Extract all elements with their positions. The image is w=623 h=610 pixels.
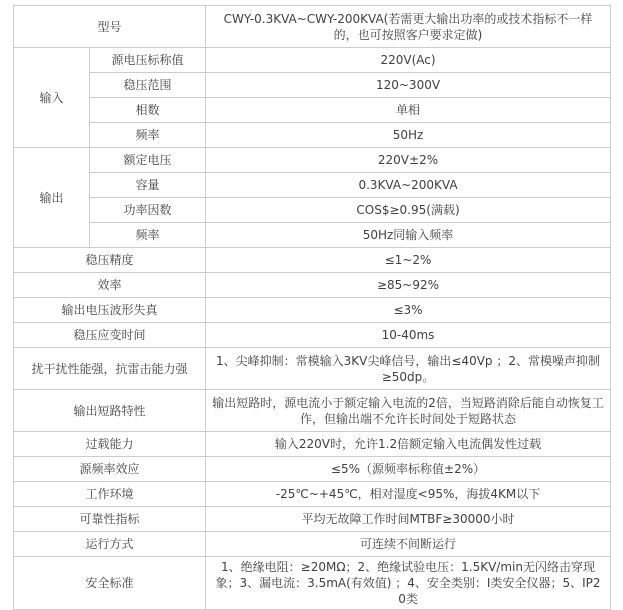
table-row: 安全标准 1、绝缘电阻：≥20MΩ；2、绝缘试验电压：1.5KV/min无闪络击… [14, 557, 611, 610]
row-label: 安全标准 [14, 557, 206, 610]
row-label: 运行方式 [14, 532, 206, 557]
row-label: 稳压范围 [90, 73, 206, 98]
row-value: ≤3% [206, 298, 611, 323]
table-row: 输出 额定电压 220V±2% [14, 148, 611, 173]
table-row: 输出短路特性 输出短路时，源电流小于额定输入电流的2倍，当短路消除后能自动恢复工… [14, 390, 611, 432]
table-row: 效率 ≥85~92% [14, 273, 611, 298]
table-row: 容量 0.3KVA~200KVA [14, 173, 611, 198]
row-value: 120~300V [206, 73, 611, 98]
row-label: 频率 [90, 223, 206, 248]
row-label: 型号 [14, 6, 206, 48]
row-label: 额定电压 [90, 148, 206, 173]
table-row: 稳压精度 ≤1~2% [14, 248, 611, 273]
table-row: 输出电压波形失真 ≤3% [14, 298, 611, 323]
row-label: 源频率效应 [14, 457, 206, 482]
table-row: 频率 50Hz同输入频率 [14, 223, 611, 248]
table-row: 稳压应变时间 10-40ms [14, 323, 611, 348]
row-label: 频率 [90, 123, 206, 148]
row-value: 输出短路时，源电流小于额定输入电流的2倍，当短路消除后能自动恢复工作，但输出端不… [206, 390, 611, 432]
row-label: 功率因数 [90, 198, 206, 223]
table-row: 工作环境 -25℃~+45℃，相对湿度<95%，海拔4KM以下 [14, 482, 611, 507]
row-value: -25℃~+45℃，相对湿度<95%，海拔4KM以下 [206, 482, 611, 507]
row-value: 0.3KVA~200KVA [206, 173, 611, 198]
row-value: 50Hz同输入频率 [206, 223, 611, 248]
row-label: 扰干扰性能强，抗雷击能力强 [14, 348, 206, 390]
row-value: 220V±2% [206, 148, 611, 173]
row-value: 10-40ms [206, 323, 611, 348]
row-label: 输出短路特性 [14, 390, 206, 432]
row-label: 工作环境 [14, 482, 206, 507]
group-label-output: 输出 [14, 148, 90, 248]
row-value: 50Hz [206, 123, 611, 148]
row-value: ≤1~2% [206, 248, 611, 273]
table-row: 源频率效应 ≤5%（源频率标称值±2%） [14, 457, 611, 482]
row-label: 输出电压波形失真 [14, 298, 206, 323]
table-row: 频率 50Hz [14, 123, 611, 148]
row-value: 1、绝缘电阻：≥20MΩ；2、绝缘试验电压：1.5KV/min无闪络击穿现象；3… [206, 557, 611, 610]
row-value: COS$≥0.95(满载) [206, 198, 611, 223]
row-value: 1、尖峰抑制：常模输入3KV尖峰信号，输出≤40Vp ；2、常模噪声抑制≥50d… [206, 348, 611, 390]
table-row: 相数 单相 [14, 98, 611, 123]
table-row: 输入 源电压标称值 220V(Ac) [14, 48, 611, 73]
product-spec-table: 型号 CWY-0.3KVA~CWY-200KVA(若需更大输出功率的或技术指标不… [13, 5, 611, 610]
row-label: 稳压精度 [14, 248, 206, 273]
row-label: 相数 [90, 98, 206, 123]
table-row: 扰干扰性能强，抗雷击能力强 1、尖峰抑制：常模输入3KV尖峰信号，输出≤40Vp… [14, 348, 611, 390]
row-value: 平均无故障工作时间MTBF≥30000小时 [206, 507, 611, 532]
row-value: 单相 [206, 98, 611, 123]
table-row: 运行方式 可连续不间断运行 [14, 532, 611, 557]
row-value: CWY-0.3KVA~CWY-200KVA(若需更大输出功率的或技术指标不一样的… [206, 6, 611, 48]
table-row: 稳压范围 120~300V [14, 73, 611, 98]
table-row: 可靠性指标 平均无故障工作时间MTBF≥30000小时 [14, 507, 611, 532]
table-row: 型号 CWY-0.3KVA~CWY-200KVA(若需更大输出功率的或技术指标不… [14, 6, 611, 48]
group-label-input: 输入 [14, 48, 90, 148]
row-value: 输入220V时，允许1.2倍额定输入电流偶发性过载 [206, 432, 611, 457]
table-row: 功率因数 COS$≥0.95(满载) [14, 198, 611, 223]
table-row: 过载能力 输入220V时，允许1.2倍额定输入电流偶发性过载 [14, 432, 611, 457]
row-label: 可靠性指标 [14, 507, 206, 532]
row-value: 可连续不间断运行 [206, 532, 611, 557]
row-label: 容量 [90, 173, 206, 198]
row-label: 稳压应变时间 [14, 323, 206, 348]
row-label: 效率 [14, 273, 206, 298]
row-value: 220V(Ac) [206, 48, 611, 73]
row-label: 源电压标称值 [90, 48, 206, 73]
row-value: ≥85~92% [206, 273, 611, 298]
row-value: ≤5%（源频率标称值±2%） [206, 457, 611, 482]
row-label: 过载能力 [14, 432, 206, 457]
